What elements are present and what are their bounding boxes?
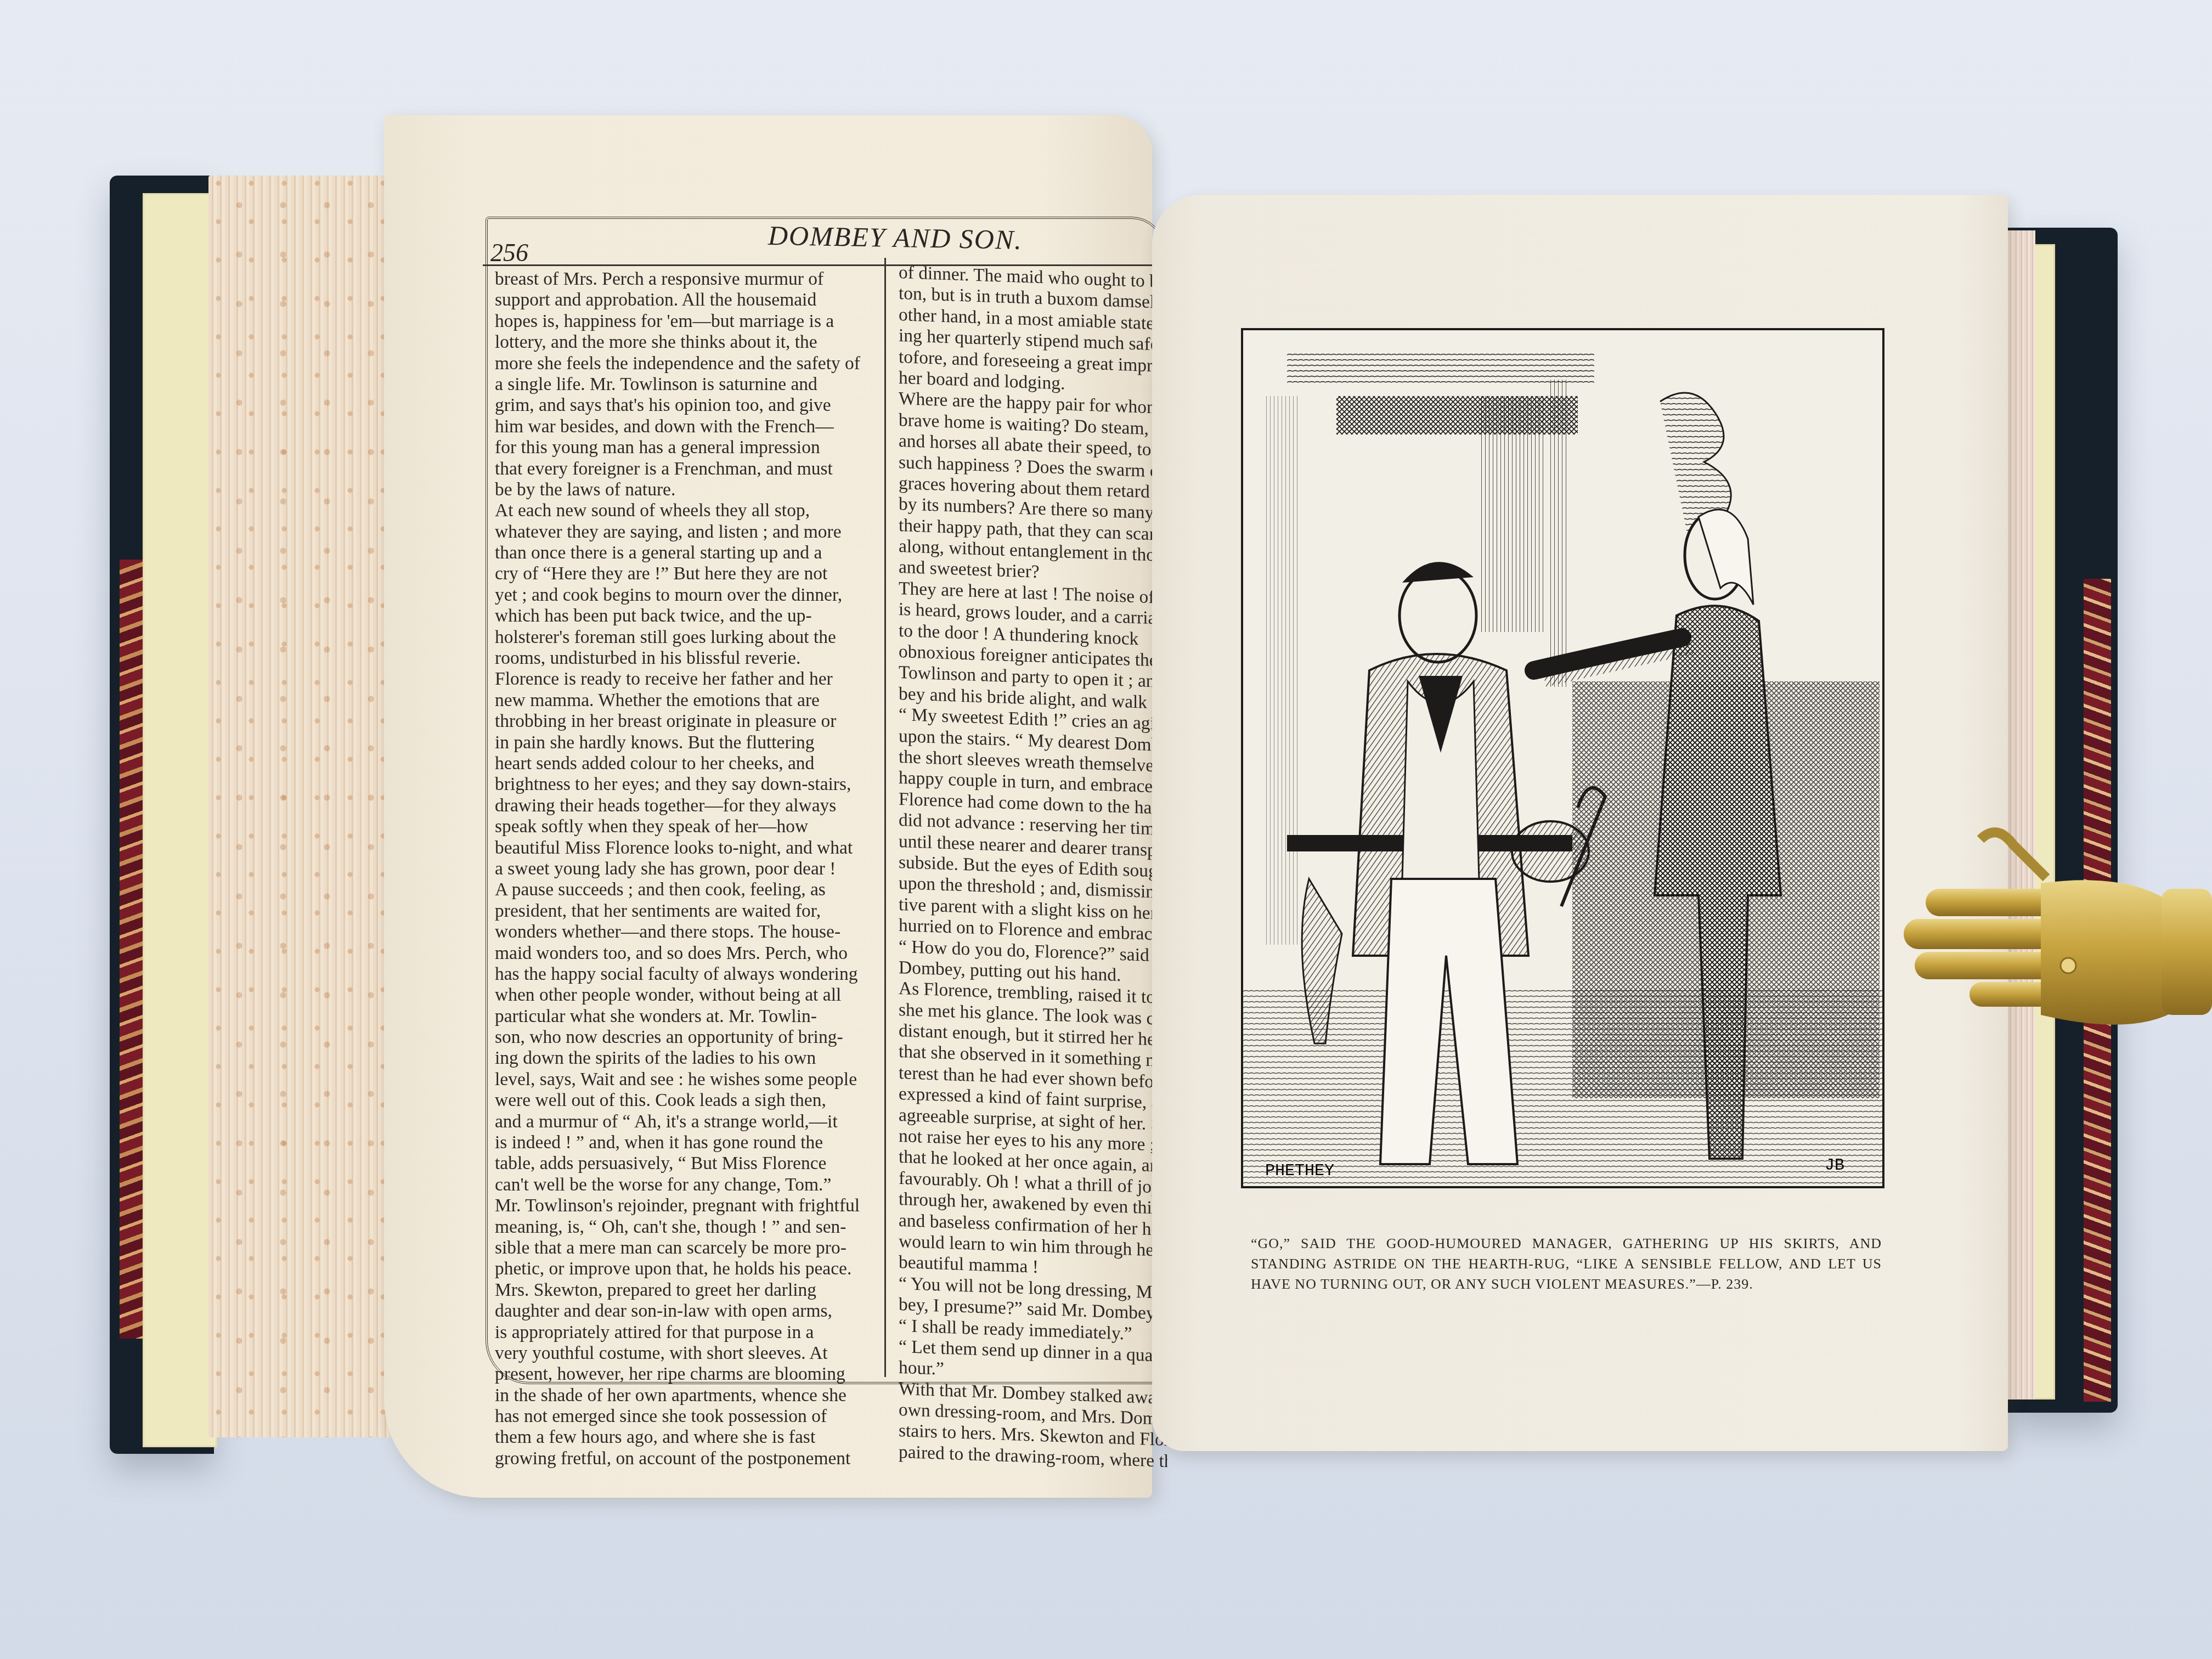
text-line: present, however, her ripe charms are bl…: [495, 1364, 873, 1385]
text-line: phetic, or improve upon that, he holds h…: [495, 1259, 873, 1279]
text-line: were well out of this. Cook leads a sigh…: [495, 1090, 873, 1111]
text-line: has the happy social faculty of always w…: [495, 964, 873, 985]
text-line: which has been put back twice, and the u…: [495, 606, 873, 627]
text-line: level, says, Wait and see : he wishes so…: [495, 1069, 873, 1090]
text-line: for this young man has a general impress…: [495, 437, 873, 458]
text-line: grim, and says that's his opinion too, a…: [495, 395, 873, 416]
text-line: a sweet young lady she has grown, poor d…: [495, 859, 873, 879]
text-line: table, adds persuasively, “ But Miss Flo…: [495, 1153, 873, 1174]
running-head: 256 DOMBEY AND SON.: [483, 215, 1152, 266]
text-line: can't well be the worse for any change, …: [495, 1175, 873, 1195]
text-line: hopes is, happiness for 'em—but marriage…: [495, 311, 873, 332]
foxed-page-block-left: [208, 176, 395, 1437]
text-line: when other people wonder, without being …: [495, 985, 873, 1006]
text-line: rooms, undisturbed in his blissful rever…: [495, 648, 873, 669]
text-line: speak softly when they speak of her—how: [495, 816, 873, 837]
text-line: Florence is ready to receive her father …: [495, 669, 873, 690]
engraving-icon: PHETHEY JB: [1243, 330, 1882, 1186]
text-line: daughter and dear son-in-law with open a…: [495, 1301, 873, 1322]
engraver-signature: PHETHEY: [1265, 1162, 1334, 1181]
text-line: ing down the spirits of the ladies to hi…: [495, 1048, 873, 1069]
text-line: more she feels the independence and the …: [495, 353, 873, 374]
text-line: very youthful costume, with short sleeve…: [495, 1343, 873, 1364]
endpaper-left: [143, 193, 217, 1447]
text-line: cry of “Here they are !” But here they a…: [495, 563, 873, 584]
text-line: Mr. Towlinson's rejoinder, pregnant with…: [495, 1195, 873, 1216]
text-line: and a murmur of “ Ah, it's a strange wor…: [495, 1111, 873, 1132]
text-line: them a few hours ago, and where she is f…: [495, 1427, 873, 1448]
brass-hand-page-clip[interactable]: [1904, 823, 2212, 1037]
text-line: A pause succeeds ; and then cook, feelin…: [495, 879, 873, 900]
text-line: wonders whether—and there stops. The hou…: [495, 922, 873, 943]
text-line: president, that her sentiments are waite…: [495, 901, 873, 922]
text-line: be by the laws of nature.: [495, 479, 873, 500]
text-line: support and approbation. All the housema…: [495, 290, 873, 311]
text-line: new mamma. Whether the emotions that are: [495, 690, 873, 711]
text-line: in pain she hardly knows. But the flutte…: [495, 732, 873, 753]
text-line: maid wonders too, and so does Mrs. Perch…: [495, 943, 873, 964]
plate-caption: “Go,” said the good-humoured manager, ga…: [1251, 1233, 1882, 1294]
text-line: lottery, and the more she thinks about i…: [495, 332, 873, 353]
text-line: that every foreigner is a Frenchman, and…: [495, 459, 873, 479]
text-line: holsterer's foreman still goes lurking a…: [495, 627, 873, 648]
text-line: drawing their heads together—for they al…: [495, 795, 873, 816]
text-line: whatever they are saying, and listen ; a…: [495, 522, 873, 543]
text-line: At each new sound of wheels they all sto…: [495, 500, 873, 521]
text-line: him war besides, and down with the Frenc…: [495, 416, 873, 437]
text-line: brightness to her eyes; and they say dow…: [495, 774, 873, 795]
text-line: a single life. Mr. Towlinson is saturnin…: [495, 374, 873, 395]
hand-icon: [1904, 823, 2212, 1037]
text-line: throbbing in her breast originate in ple…: [495, 711, 873, 732]
marbled-board-left: [120, 560, 145, 1339]
text-line: beautiful Miss Florence looks to-night, …: [495, 838, 873, 859]
text-column-right: of dinner. The maid who ought to beton, …: [899, 262, 1167, 1472]
text-line: in the shade of her own apartments, when…: [495, 1385, 873, 1406]
page-number: 256: [490, 238, 528, 267]
text-line: heart sends added colour to her cheeks, …: [495, 753, 873, 774]
text-line: particular what she wonders at. Mr. Towl…: [495, 1006, 873, 1027]
artist-monogram: JB: [1825, 1156, 1844, 1175]
text-column-left: breast of Mrs. Perch a responsive murmur…: [495, 269, 873, 1469]
text-line: son, who now descries an opportunity of …: [495, 1027, 873, 1048]
text-line: has not emerged since she took possessio…: [495, 1406, 873, 1427]
text-line: meaning, is, “ Oh, can't she, though ! ”…: [495, 1217, 873, 1238]
text-line: than once there is a general starting up…: [495, 543, 873, 563]
book-title: DOMBEY AND SON.: [768, 219, 1023, 256]
text-line: is indeed ! ” and, when it has gone roun…: [495, 1132, 873, 1153]
text-line: growing fretful, on account of the postp…: [495, 1448, 873, 1469]
text-line: Mrs. Skewton, prepared to greet her darl…: [495, 1280, 873, 1301]
engraved-illustration: PHETHEY JB: [1241, 328, 1884, 1188]
text-line: is appropriately attired for that purpos…: [495, 1322, 873, 1343]
text-line: yet ; and cook begins to mourn over the …: [495, 585, 873, 606]
column-divider: [884, 258, 886, 1377]
text-line: sible that a mere man can scarcely be mo…: [495, 1238, 873, 1259]
text-line: breast of Mrs. Perch a responsive murmur…: [495, 269, 873, 290]
